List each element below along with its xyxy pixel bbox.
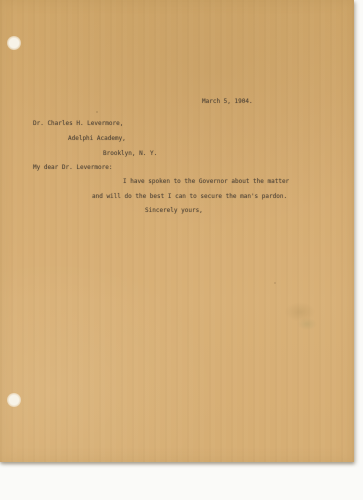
scan-background: March 5, 1904. Dr. Charles H. Levermore,… <box>0 0 363 500</box>
letter-date: March 5, 1904. <box>202 98 253 106</box>
body-line-2: and will do the best I can to secure the… <box>92 193 287 201</box>
body-line-1: I have spoken to the Governor about the … <box>123 178 289 186</box>
closing: Sincerely yours, <box>145 207 203 215</box>
punch-hole-top <box>7 36 21 50</box>
recipient-name: Dr. Charles H. Levermore, <box>33 120 123 128</box>
recipient-institution: Adelphi Academy, <box>68 135 126 143</box>
letter-paper: March 5, 1904. Dr. Charles H. Levermore,… <box>0 0 354 462</box>
salutation: My dear Dr. Levermore: <box>33 164 112 172</box>
punch-hole-bottom <box>7 393 21 407</box>
recipient-location: Brooklyn, N. Y. <box>103 150 157 158</box>
